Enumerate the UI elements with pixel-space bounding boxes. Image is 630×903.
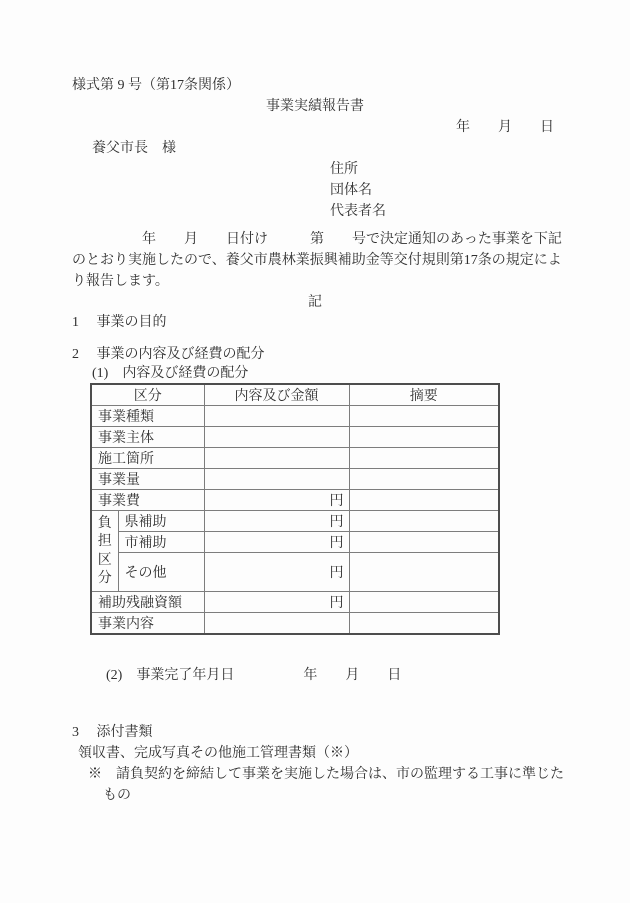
representative-label: 代表者名: [330, 201, 558, 222]
intro-paragraph: 年 月 日付け 第 号で決定通知のあった事業を下記 のとおり実施したので、養父市…: [72, 229, 558, 292]
business-cost-remarks-cell: [349, 490, 499, 511]
burden-char-1: 負: [98, 516, 112, 531]
completion-date-label: (2) 事業完了年月日: [106, 668, 234, 683]
table-row-business-type: 事業種類: [91, 406, 499, 427]
burden-char-2: 担: [98, 534, 112, 549]
column-header-content-amount: 内容及び金額: [204, 384, 349, 406]
column-header-category: 区分: [91, 384, 204, 406]
business-type-label: 事業種類: [91, 406, 204, 427]
city-subsidy-remarks-cell: [349, 532, 499, 553]
attachment-list-line: 領収書、完成写真その他施工管理書類（※）: [72, 743, 558, 764]
construction-site-label: 施工箇所: [91, 448, 204, 469]
group-name-label: 団体名: [330, 180, 558, 201]
business-cost-value-cell: 円: [204, 490, 349, 511]
remaining-loan-remarks-cell: [349, 592, 499, 613]
intro-line-3: り報告します。: [72, 271, 558, 292]
pref-subsidy-remarks-cell: [349, 511, 499, 532]
business-type-value-cell: [204, 406, 349, 427]
burden-char-3: 区: [98, 553, 112, 568]
table-row-other-burden: その他 円: [91, 553, 499, 592]
document-page: 様式第 9 号（第17条関係） 事業実績報告書 年 月 日 養父市長 様 住所 …: [0, 0, 630, 903]
burden-category-label: 負 担 区 分: [91, 511, 118, 592]
pref-subsidy-value-cell: 円: [204, 511, 349, 532]
table-row-construction-site: 施工箇所: [91, 448, 499, 469]
table-row-business-cost: 事業費 円: [91, 490, 499, 511]
table-row-pref-subsidy: 負 担 区 分 県補助 円: [91, 511, 499, 532]
intro-line-1: 年 月 日付け 第 号で決定通知のあった事業を下記: [72, 229, 558, 250]
business-detail-label: 事業内容: [91, 613, 204, 635]
record-marker: 記: [72, 292, 558, 313]
section-2-sub-1-title: (1) 内容及び経費の配分: [72, 364, 558, 383]
city-subsidy-value-cell: 円: [204, 532, 349, 553]
business-entity-label: 事業主体: [91, 427, 204, 448]
table-row-business-detail: 事業内容: [91, 613, 499, 635]
table-header-row: 区分 内容及び金額 摘要: [91, 384, 499, 406]
construction-site-value-cell: [204, 448, 349, 469]
business-detail-remarks-cell: [349, 613, 499, 635]
intro-line-2: のとおり実施したので、養父市農林業振興補助金等交付規則第17条の規定によ: [72, 250, 558, 271]
applicant-block: 住所 団体名 代表者名: [72, 159, 558, 222]
address-label: 住所: [330, 159, 558, 180]
other-burden-remarks-cell: [349, 553, 499, 592]
allocation-table: 区分 内容及び金額 摘要 事業種類 事業主体 施工箇所 事業量 事業費 円: [90, 383, 500, 635]
note-line-2: もの: [72, 785, 558, 806]
note-line-1: ※ 請負契約を締結して事業を実施した場合は、市の監理する工事に準じた: [72, 764, 558, 785]
table-row-business-entity: 事業主体: [91, 427, 499, 448]
business-detail-value-cell: [204, 613, 349, 635]
recipient-line: 養父市長 様: [72, 138, 558, 159]
remaining-loan-label: 補助残融資額: [91, 592, 204, 613]
other-burden-value-cell: 円: [204, 553, 349, 592]
remaining-loan-value-cell: 円: [204, 592, 349, 613]
business-volume-value-cell: [204, 469, 349, 490]
other-burden-label: その他: [118, 553, 204, 592]
date-placeholder-line: 年 月 日: [72, 117, 558, 138]
column-header-remarks: 摘要: [349, 384, 499, 406]
burden-category-chars: 負 担 区 分: [92, 513, 118, 590]
business-volume-label: 事業量: [91, 469, 204, 490]
document-title: 事業実績報告書: [72, 96, 558, 117]
business-entity-value-cell: [204, 427, 349, 448]
city-subsidy-label: 市補助: [118, 532, 204, 553]
table-row-remaining-loan: 補助残融資額 円: [91, 592, 499, 613]
business-entity-remarks-cell: [349, 427, 499, 448]
table-row-business-volume: 事業量: [91, 469, 499, 490]
pref-subsidy-label: 県補助: [118, 511, 204, 532]
completion-date-placeholder: 年 月 日: [303, 668, 401, 683]
construction-site-remarks-cell: [349, 448, 499, 469]
section-2-title: 2 事業の内容及び経費の配分: [72, 345, 558, 364]
section-3-title: 3 添付書類: [72, 722, 558, 743]
form-number: 様式第 9 号（第17条関係）: [72, 75, 558, 96]
burden-char-4: 分: [98, 571, 112, 586]
section-1-title: 1 事業の目的: [72, 313, 558, 332]
business-cost-label: 事業費: [91, 490, 204, 511]
completion-date-line: (2) 事業完了年月日年 月 日: [72, 644, 558, 707]
business-volume-remarks-cell: [349, 469, 499, 490]
business-type-remarks-cell: [349, 406, 499, 427]
table-row-city-subsidy: 市補助 円: [91, 532, 499, 553]
